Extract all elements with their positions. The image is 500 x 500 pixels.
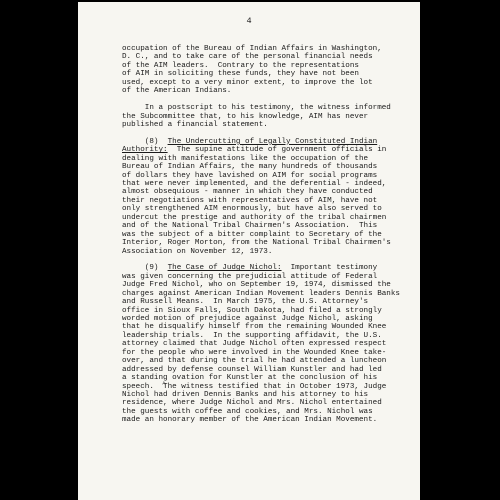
text-line: the Subcommittee that, to his knowledge,… xyxy=(122,113,412,121)
text-line: used, except to a very minor extent, to … xyxy=(122,79,412,87)
text-line: D. C., and to take care of the personal … xyxy=(122,53,412,61)
text-line: charges against American Indian Movement… xyxy=(122,290,412,298)
text-line: attorney claimed that Judge Nichol often… xyxy=(122,340,412,348)
text-line: only strengthened AIM enormously, but ha… xyxy=(122,205,412,213)
document-page: 4 occupation of the Bureau of Indian Aff… xyxy=(78,2,420,500)
text-line: Bureau of Indian Affairs, the many hundr… xyxy=(122,163,412,171)
text-line: worded motion of prejudice against Judge… xyxy=(122,315,412,323)
text-line: of dollars they have lavished on AIM for… xyxy=(122,172,412,180)
text-line: occupation of the Bureau of Indian Affai… xyxy=(122,45,412,53)
text-line: almost obsequious - manner in which they… xyxy=(122,188,412,196)
text-line: office in Sioux Falls, South Dakota, had… xyxy=(122,307,412,315)
text-line: that were never implemented, and the def… xyxy=(122,180,412,188)
text-line xyxy=(122,256,412,264)
page-number: 4 xyxy=(78,16,420,26)
text-line xyxy=(122,96,412,104)
scan-background: { "page": { "number": "4", "paper_color"… xyxy=(0,0,500,500)
text-line: (9) The Case of Judge Nichol: Important … xyxy=(122,264,412,272)
text-line: Association on November 12, 1973. xyxy=(122,248,412,256)
text-line: In a postscript to his testimony, the wi… xyxy=(122,104,412,112)
text-line: Authority: The supine attitude of govern… xyxy=(122,146,412,154)
text-line: the guests with coffee and cookies, and … xyxy=(122,408,412,416)
text-line: residence, where Judge Nichol and Mrs. N… xyxy=(122,399,412,407)
text-line: was given concerning the prejudicial att… xyxy=(122,273,412,281)
text-line: and of the National Tribal Chairmen's As… xyxy=(122,222,412,230)
text-line: published a financial statement. xyxy=(122,121,412,129)
text-line: for the people who were involved in the … xyxy=(122,349,412,357)
text-line: that he disqualify himself from the rema… xyxy=(122,323,412,331)
text-line: their negotiations with representatives … xyxy=(122,197,412,205)
text-line: of the American Indians. xyxy=(122,87,412,95)
text-line: undercut the prestige and authority of t… xyxy=(122,214,412,222)
text-line: Judge Fred Nichol, who on September 19, … xyxy=(122,281,412,289)
text-line: was the subject of a bitter complaint to… xyxy=(122,231,412,239)
text-line: of AIM in soliciting these funds, they h… xyxy=(122,70,412,78)
text-line: dealing with manifestations like the occ… xyxy=(122,155,412,163)
text-line: (8) The Undercutting of Legally Constitu… xyxy=(122,138,412,146)
insertion-caret-mark: ^ xyxy=(162,381,166,388)
text-line: Interior, Roger Morton, from the Nationa… xyxy=(122,239,412,247)
text-line: over, and that during the trial he had a… xyxy=(122,357,412,365)
text-line: leadership trials. In the supporting aff… xyxy=(122,332,412,340)
text-line: and Russell Means. In March 1975, the U.… xyxy=(122,298,412,306)
text-line: made an honorary member of the American … xyxy=(122,416,412,424)
text-line xyxy=(122,129,412,137)
text-line: addressed by defense counsel William Kun… xyxy=(122,366,412,374)
text-line: Nichol had driven Dennis Banks and his a… xyxy=(122,391,412,399)
text-line: of the AIM leaders. Contrary to the repr… xyxy=(122,62,412,70)
document-text-body: occupation of the Bureau of Indian Affai… xyxy=(122,45,412,425)
